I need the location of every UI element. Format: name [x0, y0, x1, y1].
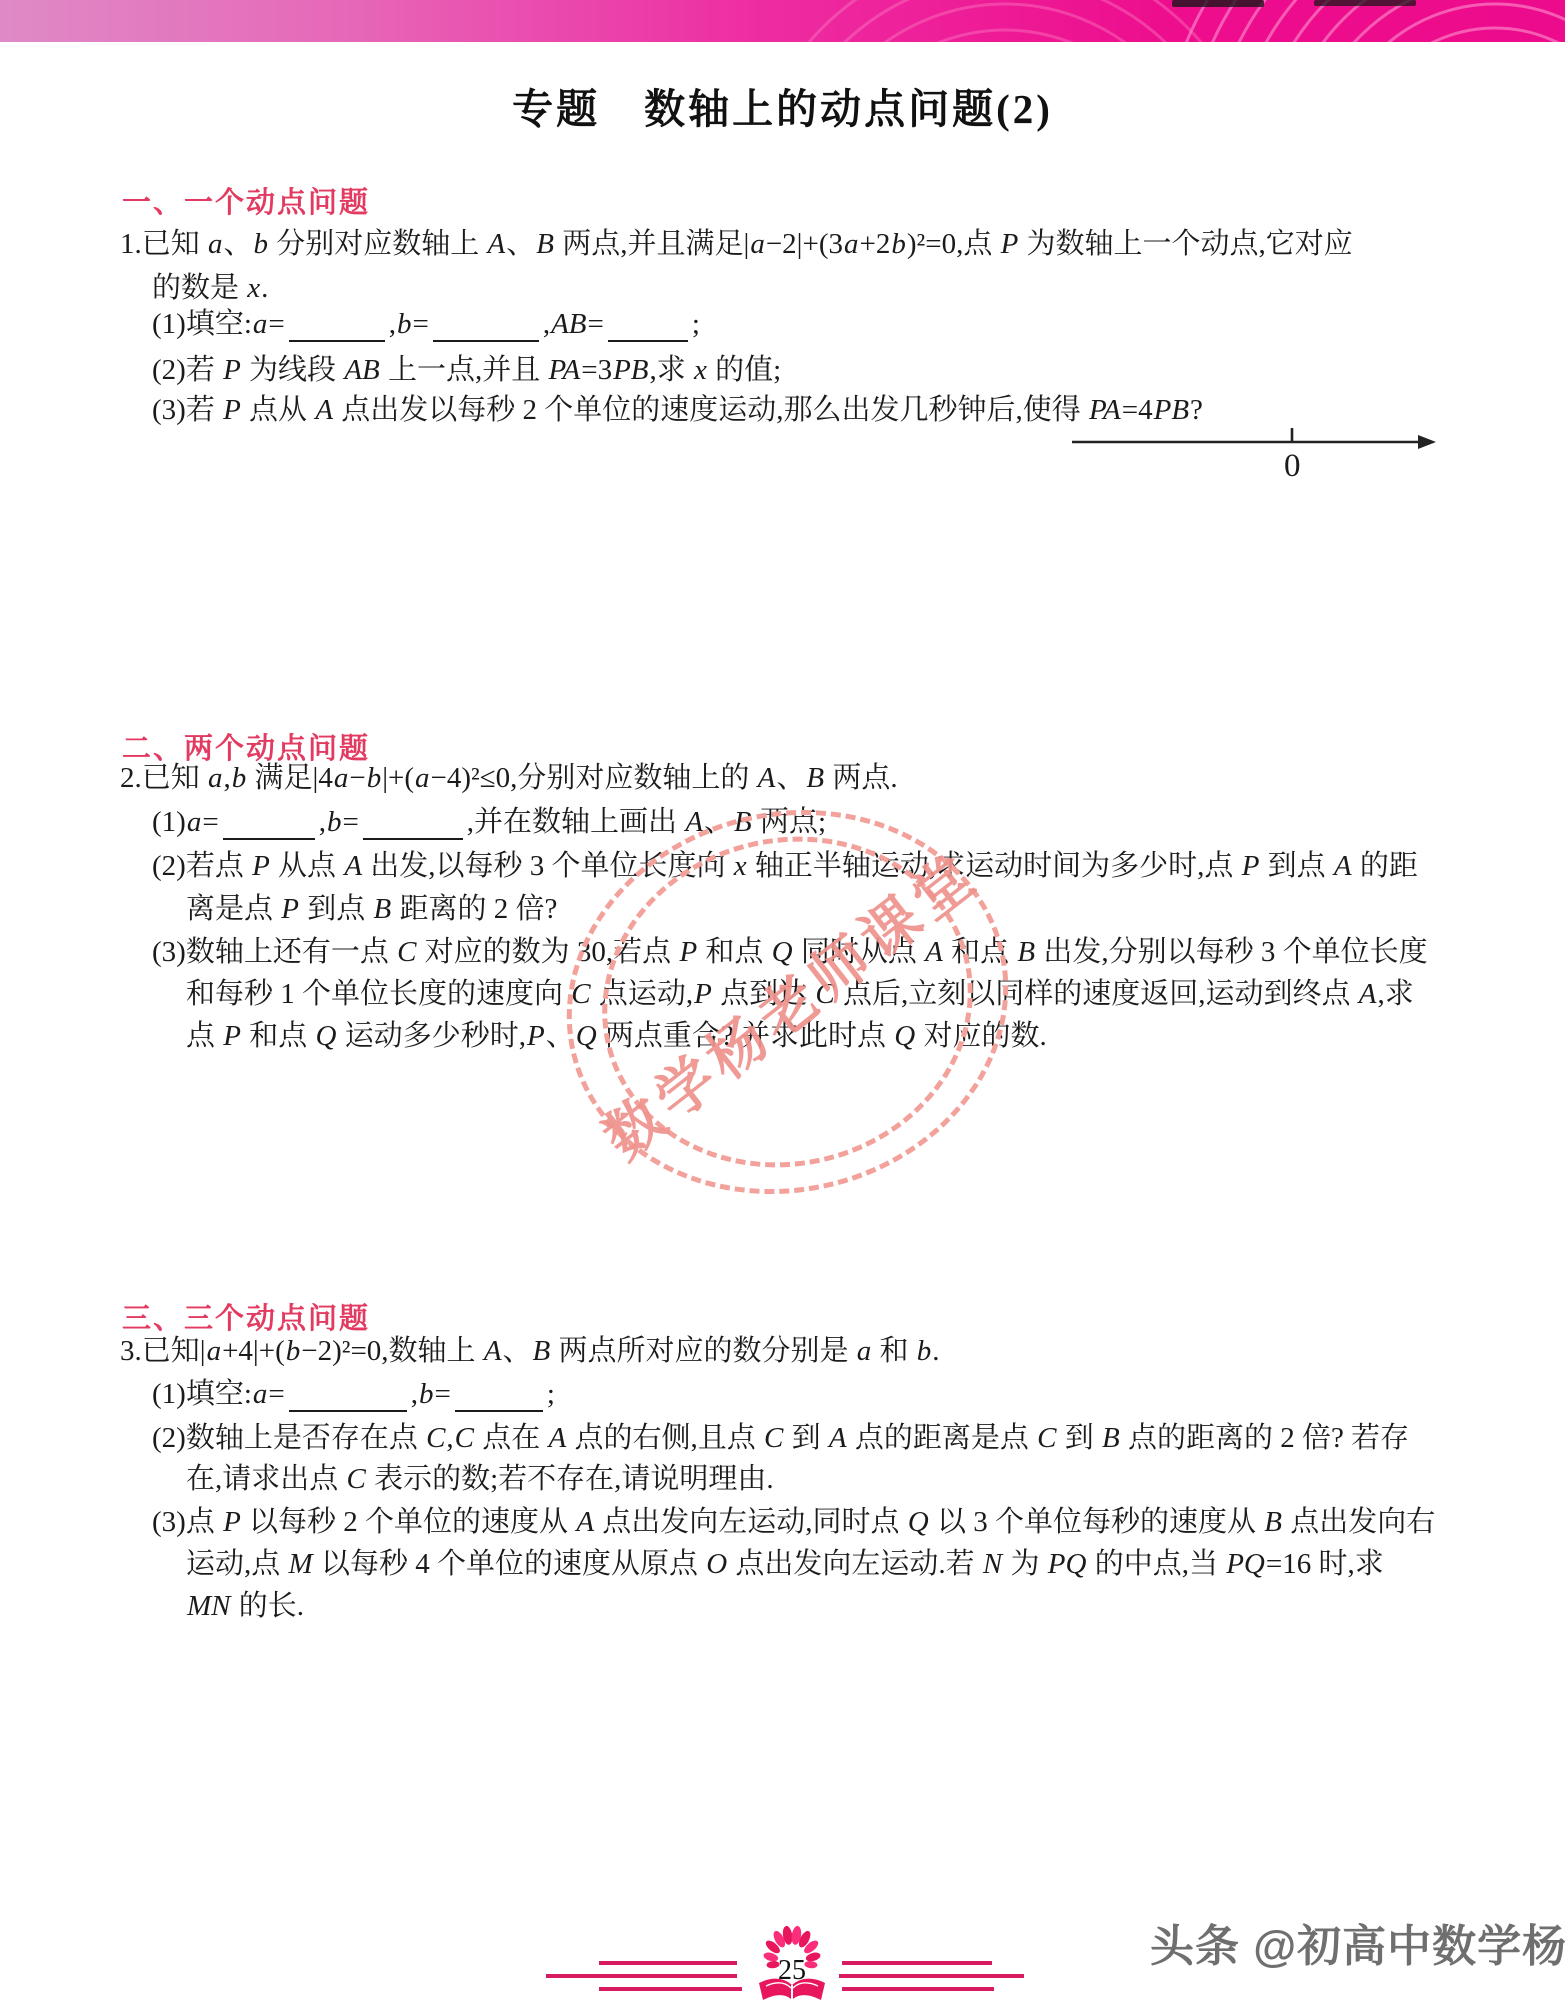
problem-2-fill-line: (1)a=,b=,并在数轴上画出 A、B 两点;	[152, 804, 826, 840]
fill-text: (1)a=	[152, 806, 219, 838]
problem-1-line-5: (3)若 P 点从 A 点出发以每秒 2 个单位的速度运动,那么出发几秒钟后,使…	[152, 392, 1203, 428]
ornament-line	[842, 1987, 994, 1991]
problem-3-line-5: (3)点 P 以每秒 2 个单位的速度从 A 点出发向左运动,同时点 Q 以 3…	[152, 1504, 1435, 1540]
ornament-line	[546, 1974, 737, 1978]
fill-text: ;	[547, 1378, 555, 1410]
fill-text: ;	[692, 308, 700, 340]
answer-blank	[608, 311, 688, 342]
problem-3-line-6: 运动,点 M 以每秒 4 个单位的速度从原点 O 点出发向左运动.若 N 为 P…	[186, 1546, 1384, 1582]
ornament-line	[839, 1974, 1024, 1978]
problem-3-line-7: MN 的长.	[186, 1588, 304, 1624]
fill-text: (1)填空:a=	[152, 308, 285, 340]
answer-blank	[363, 809, 463, 840]
fill-text: ,b=	[411, 1378, 451, 1410]
section-1-heading: 一、一个动点问题	[122, 180, 370, 221]
ornament-line	[842, 1961, 992, 1965]
problem-2-line-6: 和每秒 1 个单位长度的速度向 C 点运动,P 点到达 C 点后,立刻以同样的速…	[186, 976, 1414, 1012]
top-banner	[0, 0, 1565, 42]
page-title: 专题 数轴上的动点问题(2)	[0, 76, 1565, 135]
answer-blank	[455, 1381, 543, 1412]
footer-credit: 头条 @初高中数学杨	[1150, 1910, 1565, 1974]
problem-1-line-4: (2)若 P 为线段 AB 上一点,并且 PA=3PB,求 x 的值;	[152, 352, 781, 388]
worksheet-page: 专题 数轴上的动点问题(2) 一、一个动点问题 1.已知 a、b 分别对应数轴上…	[0, 0, 1565, 2001]
answer-blank	[289, 1381, 407, 1412]
problem-2-line-4: 离是点 P 到点 B 距离的 2 倍?	[186, 891, 557, 927]
problem-2-line-7: 点 P 和点 Q 运动多少秒时,P、Q 两点重合? 并求此时点 Q 对应的数.	[186, 1018, 1047, 1054]
answer-blank	[433, 311, 539, 342]
scan-artifact	[1172, 0, 1264, 7]
problem-3-line-3: (2)数轴上是否存在点 C,C 点在 A 点的右侧,且点 C 到 A 点的距离是…	[152, 1420, 1409, 1456]
scan-artifact	[1314, 0, 1416, 6]
problem-1-fill-line: (1)填空:a=,b=,AB=;	[152, 306, 700, 342]
ornament-line	[599, 1961, 737, 1965]
fill-text: ,AB=	[543, 308, 604, 340]
page-number-emblem: 25	[737, 1923, 847, 2001]
problem-3-line-4: 在,请求出点 C 表示的数;若不存在,请说明理由.	[186, 1461, 774, 1497]
number-line-figure: 0	[1068, 424, 1444, 490]
section-3-heading: 三、三个动点问题	[122, 1296, 370, 1337]
fill-text: ,并在数轴上画出 A、B 两点;	[467, 806, 826, 838]
origin-label: 0	[1284, 448, 1301, 484]
banner-wave-pattern	[745, 0, 1565, 42]
problem-1-line-2: 的数是 x.	[152, 270, 268, 306]
fill-text: ,b=	[319, 806, 359, 838]
axis-arrowhead	[1418, 435, 1436, 449]
problem-1-line-1: 1.已知 a、b 分别对应数轴上 A、B 两点,并且满足|a−2|+(3a+2b…	[120, 226, 1353, 262]
problem-2-line-5: (3)数轴上还有一点 C 对应的数为 30,若点 P 和点 Q 同时从点 A 和…	[152, 934, 1428, 970]
answer-blank	[223, 809, 315, 840]
problem-3-line-1: 3.已知|a+4|+(b−2)²=0,数轴上 A、B 两点所对应的数分别是 a …	[120, 1333, 940, 1369]
ornament-line	[599, 1987, 742, 1991]
fill-text: ,b=	[389, 308, 429, 340]
problem-2-line-3: (2)若点 P 从点 A 出发,以每秒 3 个单位长度向 x 轴正半轴运动,求运…	[152, 848, 1418, 884]
fill-text: (1)填空:a=	[152, 1378, 285, 1410]
problem-3-fill-line: (1)填空:a=,b=;	[152, 1376, 555, 1412]
answer-blank	[289, 311, 385, 342]
problem-2-line-1: 2.已知 a,b 满足|4a−b|+(a−4)²≤0,分别对应数轴上的 A、B …	[120, 760, 898, 796]
